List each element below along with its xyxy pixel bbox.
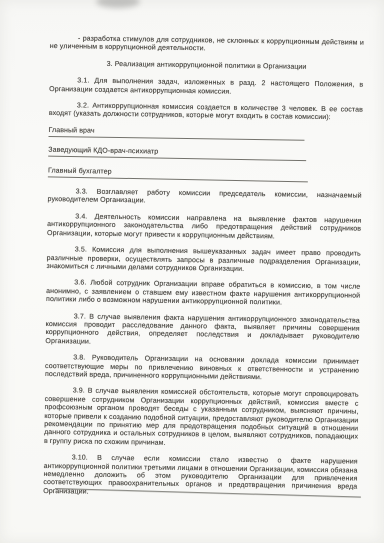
paragraph-3-5: 3.5. Комиссия для выполнения вышеуказанн…	[46, 246, 360, 276]
commission-member-value: Главный врач	[49, 127, 95, 135]
document-content: - разработка стимулов для сотрудников, н…	[43, 35, 364, 509]
paragraph-3-4: 3.4. Деятельность комиссии направлена на…	[47, 213, 361, 243]
commission-member-value: Главный бухгалтер	[48, 167, 112, 175]
commission-member-line-2: Заведующий КДО-врач-психиатр	[48, 147, 306, 162]
paragraph-3-2: 3.2. Антикоррупционная комиссия создаетс…	[49, 102, 363, 123]
paragraph-3-10: 3.10. В случае если комиссии стало извес…	[43, 454, 358, 501]
paragraph-3-1: 3.1. Для выполнения задач, изложенных в …	[49, 77, 363, 98]
paragraph-3-6: 3.6. Любой сотрудник Организации вправе …	[46, 279, 360, 309]
document-page: - разработка стимулов для сотрудников, н…	[0, 0, 384, 543]
commission-members-list: Главный врач Заведующий КДО-врач-психиат…	[48, 127, 363, 183]
paragraph-3-7: 3.7. В случае выявления факта нарушения …	[45, 313, 359, 351]
scan-smudge-artifact	[96, 0, 140, 8]
paragraph-3-8: 3.8. Руководитель Организации на основан…	[45, 354, 359, 384]
list-item-incentives: - разработка стимулов для сотрудников, н…	[50, 35, 364, 56]
section-heading: 3. Реализация антикоррупционной политики…	[50, 60, 364, 73]
commission-member-line-1: Главный врач	[48, 127, 304, 141]
commission-member-line-3: Главный бухгалтер	[48, 167, 308, 182]
commission-member-value: Заведующий КДО-врач-психиатр	[48, 147, 158, 156]
paragraph-3-9: 3.9. В случае выявления комиссией обстоя…	[44, 387, 359, 450]
paragraph-3-3: 3.3. Возглавляет работу комиссии председ…	[47, 188, 361, 209]
